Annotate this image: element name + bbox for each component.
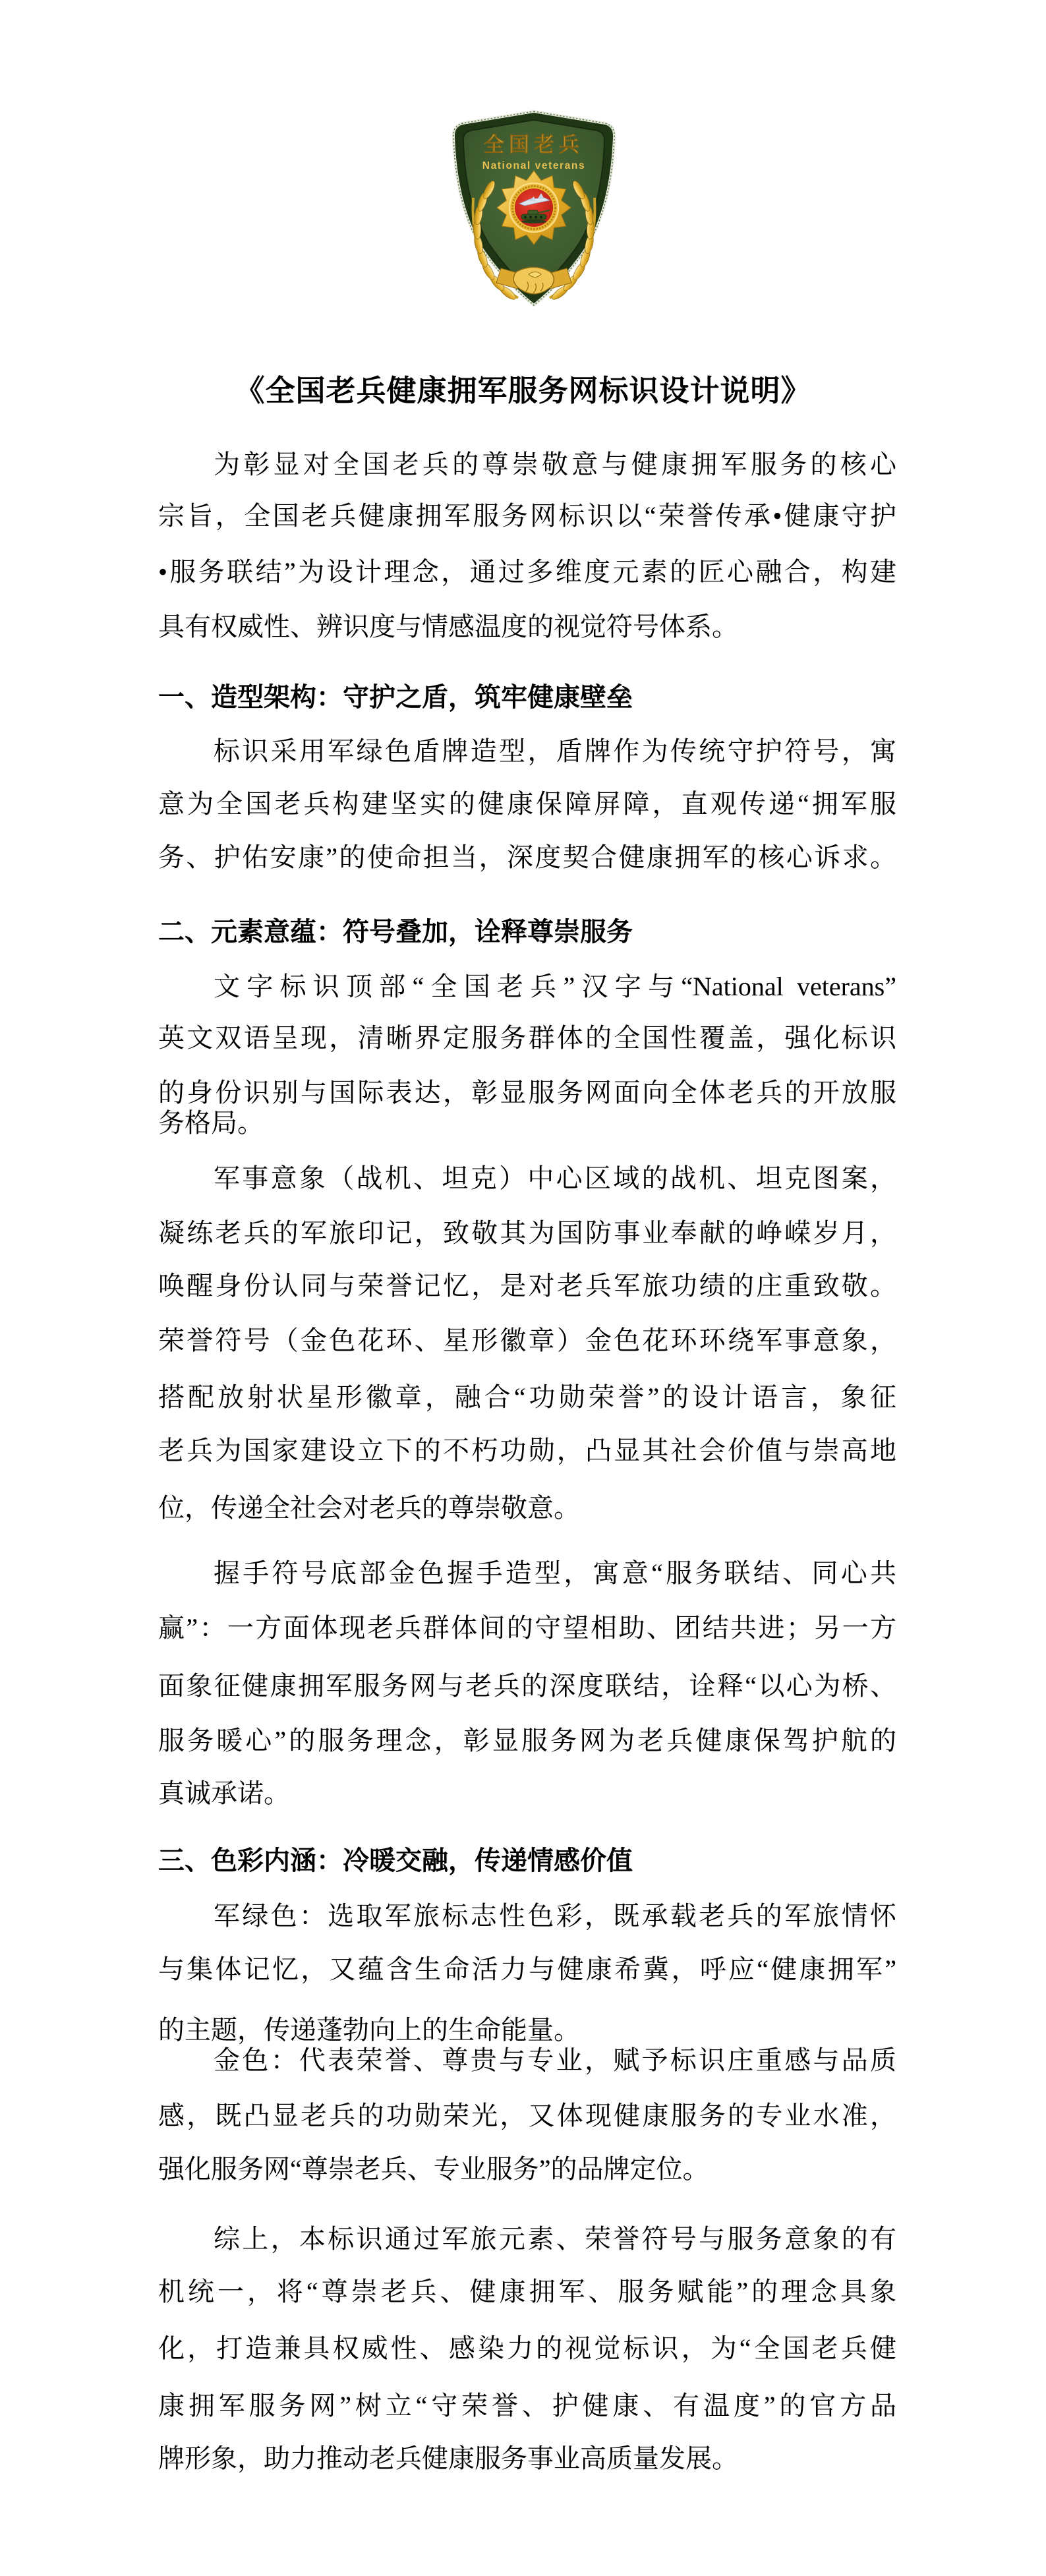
paragraph-line: 真诚承诺。 (158, 1778, 896, 1809)
paragraph-line: 唤醒身份认同与荣誉记忆，是对老兵军旅功绩的庄重致敬。 (158, 1270, 896, 1302)
paragraph-line: 机统一，将“尊崇老兵、健康拥军、服务赋能”的理念具象 (158, 2276, 896, 2308)
paragraph-line: 服务暖心”的服务理念，彰显服务网为老兵健康保驾护航的 (158, 1725, 896, 1757)
paragraph-line: 军绿色：选取军旅标志性色彩，既承载老兵的军旅情怀 (158, 1900, 896, 1932)
paragraph-line: 化，打造兼具权威性、感染力的视觉标识，为“全国老兵健 (158, 2333, 896, 2364)
paragraph-line: 握手符号底部金色握手造型，寓意“服务联结、同心共 (158, 1558, 896, 1589)
paragraph-line: 务格局。 (158, 1107, 896, 1139)
paragraph-line: 康拥军服务网”树立“守荣誉、护健康、有温度”的官方品 (158, 2390, 896, 2422)
paragraph-line: 标识采用军绿色盾牌造型，盾牌作为传统守护符号，寓 (158, 736, 896, 767)
section-heading: 二、元素意蕴：符号叠加，诠释尊崇服务 (158, 916, 896, 948)
paragraph-line: 金色：代表荣誉、尊贵与专业，赋予标识庄重感与品质 (158, 2045, 896, 2076)
paragraph-line: 老兵为国家建设立下的不朽功勋，凸显其社会价值与崇高地 (158, 1435, 896, 1467)
paragraph-line: 位，传递全社会对老兵的尊崇敬意。 (158, 1492, 896, 1524)
paragraph-line: 的主题，传递蓬勃向上的生命能量。 (158, 2014, 896, 2046)
paragraph-line: 搭配放射状星形徽章，融合“功勋荣誉”的设计语言，象征 (158, 1382, 896, 1413)
paragraph-line: 面象征健康拥军服务网与老兵的深度联结，诠释“以心为桥、 (158, 1670, 896, 1702)
section-heading: 三、色彩内涵：冷暖交融，传递情感价值 (158, 1845, 896, 1877)
paragraph-line: 英文双语呈现，清晰界定服务群体的全国性覆盖，强化标识 (158, 1022, 896, 1054)
paragraph-line: 强化服务网“尊崇老兵、专业服务”的品牌定位。 (158, 2153, 896, 2185)
paragraph-line: 的身份识别与国际表达，彰显服务网面向全体老兵的开放服 (158, 1077, 896, 1109)
paragraph-line: 文字标识顶部“全国老兵”汉字与“National veterans” (158, 971, 896, 1003)
document-title: 《全国老兵健康拥军服务网标识设计说明》 (0, 373, 1046, 409)
paragraph-line: 为彰显对全国老兵的尊崇敬意与健康拥军服务的核心 (158, 449, 896, 481)
paragraph-line: 赢”：一方面体现老兵群体间的守望相助、团结共进；另一方 (158, 1612, 896, 1644)
paragraph-line: 凝练老兵的军旅印记，致敬其为国防事业奉献的峥嵘岁月， (158, 1217, 896, 1249)
document-page: 全国老兵 National veterans (0, 0, 1046, 2576)
paragraph-line: 务、护佑安康”的使命担当，深度契合健康拥军的核心诉求。 (158, 842, 896, 873)
paragraph-line: •服务联结”为设计理念，通过多维度元素的匠心融合，构建 (158, 556, 896, 588)
paragraph-line: 综上，本标识通过军旅元素、荣誉符号与服务意象的有 (158, 2223, 896, 2255)
badge-subtitle: National veterans (482, 160, 585, 171)
paragraph-line: 具有权威性、辨识度与情感温度的视觉符号体系。 (158, 611, 896, 643)
paragraph-line: 军事意象（战机、坦克）中心区域的战机、坦克图案， (158, 1163, 896, 1194)
veterans-badge-logo: 全国老兵 National veterans (438, 109, 630, 307)
paragraph-line: 宗旨，全国老兵健康拥军服务网标识以“荣誉传承•健康守护 (158, 500, 896, 532)
paragraph-line: 与集体记忆，又蕴含生命活力与健康希冀，呼应“健康拥军” (158, 1954, 896, 1985)
paragraph-line: 牌形象，助力推动老兵健康服务事业高质量发展。 (158, 2443, 896, 2474)
paragraph-line: 感，既凸显老兵的功勋荣光，又体现健康服务的专业水准， (158, 2100, 896, 2132)
paragraph-line: 荣誉符号（金色花环、星形徽章）金色花环环绕军事意象， (158, 1325, 896, 1357)
section-heading: 一、造型架构：守护之盾，筑牢健康壁垒 (158, 682, 896, 713)
paragraph-line: 意为全国老兵构建坚实的健康保障屏障，直观传递“拥军服 (158, 788, 896, 820)
badge-title: 全国老兵 (484, 133, 584, 156)
